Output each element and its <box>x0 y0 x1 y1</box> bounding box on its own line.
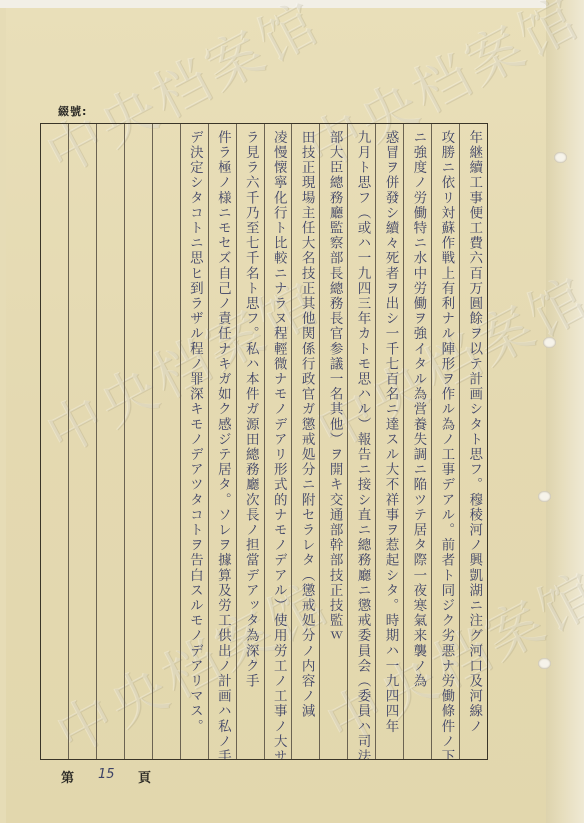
column-text: 凌慢懐寧化行ト比較ニナラヌ程輕微ナモノデアリ形式的ナモノデアル）使用労工ノ工事ノ… <box>271 130 285 759</box>
manuscript-grid: 年継續工事便工費六百万圓餘ヲ以テ計画シタト思フ。穆稜河ノ興凱湖ニ注グ河口及河線ノ… <box>40 123 488 760</box>
column-text: 九月ト思フ（或ハ一九四三年カトモ思ハル）報告ニ接シ直ニ總務廳ニ懲戒委員会（委員ハ… <box>355 130 369 759</box>
scan-top-edge <box>0 0 584 8</box>
manuscript-column <box>68 124 96 759</box>
manuscript-column: 攻勝ニ依リ対蘇作戦上有利ナル陣形ヲ作ル為ノ工事デアル。前者ト同ジク劣悪ナ労働條件… <box>431 124 459 759</box>
page-number: 15 <box>98 767 115 782</box>
page-edge-strip <box>546 0 584 823</box>
manuscript-column: 件ラ極ノ様ニモセズ自己ノ責任ナキガ如ク感ジテ居タ。ソレヲ據算及労工供出ノ計画ハ私… <box>208 124 236 759</box>
column-text: 田技正現場主任大名技正其他関係行政官ガ懲戒処分ニ附セラレタ（懲戒処分ノ内容ノ減 <box>299 130 313 719</box>
page-footer: 第 15 頁 <box>0 767 584 787</box>
manuscript-column: 年継續工事便工費六百万圓餘ヲ以テ計画シタト思フ。穆稜河ノ興凱湖ニ注グ河口及河線ノ <box>459 124 487 759</box>
column-text: 件ラ極ノ様ニモセズ自己ノ責任ナキガ如ク感ジテ居タ。ソレヲ據算及労工供出ノ計画ハ私… <box>215 130 229 759</box>
manuscript-column <box>152 124 180 759</box>
binding-hole <box>538 658 551 669</box>
manuscript-column: 凌慢懐寧化行ト比較ニナラヌ程輕微ナモノデアリ形式的ナモノデアル）使用労工ノ工事ノ… <box>264 124 292 759</box>
column-text: 攻勝ニ依リ対蘇作戦上有利ナル陣形ヲ作ル為ノ工事デアル。前者ト同ジク劣悪ナ労働條件… <box>439 130 453 759</box>
column-text: 年継續工事便工費六百万圓餘ヲ以テ計画シタト思フ。穆稜河ノ興凱湖ニ注グ河口及河線ノ <box>467 130 481 734</box>
page-prefix: 第 <box>61 767 74 786</box>
manuscript-column <box>41 124 68 759</box>
manuscript-column: 惑冒ヲ併發シ續々死者ヲ出シ一千七百名ニ達スル大不祥事ヲ惹起シタ。時期ハ一九四四年 <box>375 124 403 759</box>
manuscript-column: 部大臣總務廳監察部長總務長官参議一名其他）ヲ開キ交通部幹部技正技監ｗ <box>319 124 347 759</box>
binding-hole <box>554 152 567 163</box>
manuscript-column <box>96 124 124 759</box>
column-text: ラ見ラ六千乃至七千名ト思フ。私ハ本件ガ源田總務廳次長ノ担當デアッタ為深ク手 <box>243 130 257 689</box>
page-suffix: 頁 <box>138 767 151 786</box>
binding-hole <box>543 337 556 348</box>
manuscript-column: ニ強度ノ労働特ニ水中労働ヲ強イタル為営養失調ニ陥ツテ居タ際一夜寒氣来襲ノ為 <box>403 124 431 759</box>
file-number-label: 綴號: <box>58 103 87 119</box>
manuscript-column: 九月ト思フ（或ハ一九四三年カトモ思ハル）報告ニ接シ直ニ總務廳ニ懲戒委員会（委員ハ… <box>347 124 375 759</box>
manuscript-column <box>124 124 152 759</box>
column-text: 惑冒ヲ併發シ續々死者ヲ出シ一千七百名ニ達スル大不祥事ヲ惹起シタ。時期ハ一九四四年 <box>383 130 397 734</box>
manuscript-column: ラ見ラ六千乃至七千名ト思フ。私ハ本件ガ源田總務廳次長ノ担當デアッタ為深ク手 <box>236 124 264 759</box>
binding-hole <box>538 491 551 502</box>
column-text: ニ強度ノ労働特ニ水中労働ヲ強イタル為営養失調ニ陥ツテ居タ際一夜寒氣来襲ノ為 <box>411 130 425 689</box>
column-text: デ決定シタコトニ思ヒ到ラザル程ノ罪深キモノデアツタコトヲ告白スルモノデアリマス。 <box>187 130 201 734</box>
manuscript-column: 田技正現場主任大名技正其他関係行政官ガ懲戒処分ニ附セラレタ（懲戒処分ノ内容ノ減 <box>291 124 319 759</box>
manuscript-column: デ決定シタコトニ思ヒ到ラザル程ノ罪深キモノデアツタコトヲ告白スルモノデアリマス。 <box>180 124 208 759</box>
column-text: 部大臣總務廳監察部長總務長官参議一名其他）ヲ開キ交通部幹部技正技監ｗ <box>327 130 341 643</box>
